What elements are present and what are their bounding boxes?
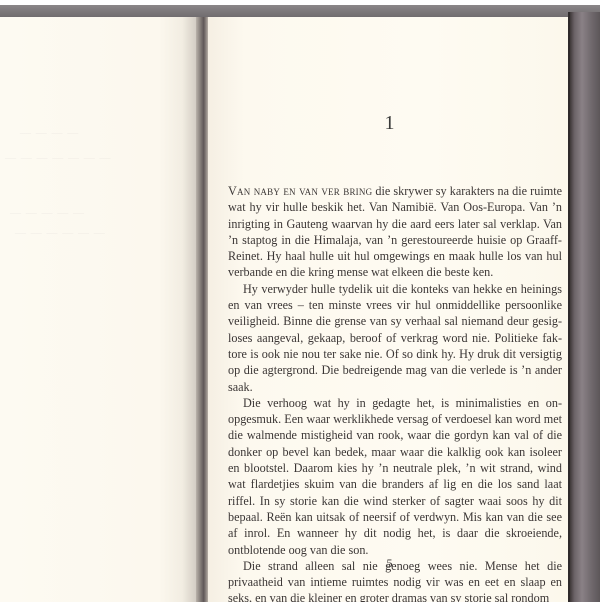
chapter-body: Van naby en van ver bring die skrywer sy…: [228, 183, 562, 607]
chapter-number: 1: [208, 112, 571, 135]
paragraph-1-text: die skrywer sy karakters na die ruimte w…: [228, 184, 562, 279]
left-page: — — — — — — — — — — — — — — — — — — — — …: [0, 17, 198, 602]
show-through-text: — — — — — —: [15, 227, 106, 239]
show-through-text: — — — — —: [10, 207, 85, 219]
paragraph-2: Hy verwyder hulle tydelik uit die kontek…: [228, 281, 562, 395]
page-number: 5: [208, 556, 571, 571]
opening-smallcaps: Van naby en van ver bring: [228, 184, 372, 198]
paragraph-3: Die verhoog wat hy in gedagte het, is mi…: [228, 395, 562, 558]
book-scan: — — — — — — — — — — — — — — — — — — — — …: [0, 0, 600, 602]
book-right-edge: [570, 12, 600, 602]
show-through-text: — — — — — — —: [5, 152, 112, 164]
paragraph-1: Van naby en van ver bring die skrywer sy…: [228, 183, 562, 281]
show-through-text: — — — —: [20, 127, 79, 139]
scan-margin: [0, 602, 600, 608]
